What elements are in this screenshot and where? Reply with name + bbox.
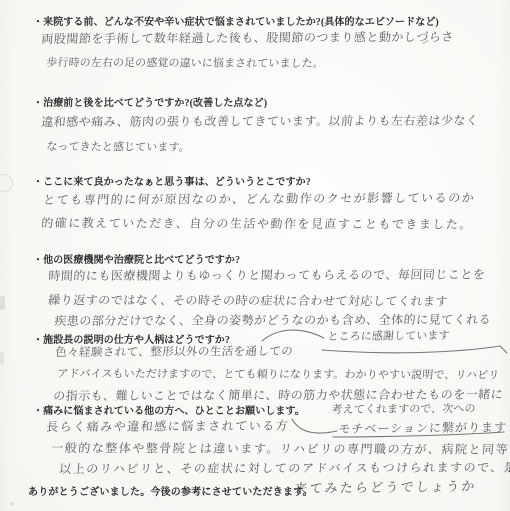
answer-2-line-1: 違和感や痛み、筋肉の張りも改善してきています。以前よりも左右差は少なく (41, 111, 480, 130)
answer-3-line-2: 的確に教えていただき、自分の生活や動作を見直すこともできました。 (41, 214, 474, 233)
answer-2-line-2: なってきたと感じています。 (46, 138, 191, 155)
answer-6-line-2: 一般的な整体や整骨院とは違います。リハビリの専門職の方が、病院と同等 (51, 439, 510, 458)
answer-5-line-2: アドバイスもいただけますので、とても頼りになります。わかりやすい説明で、リハビリ (57, 365, 500, 383)
answer-1-line-1: 両股関節を手術して数年経過した後も、股関節のつまり感と動かしづらさ (41, 28, 455, 47)
question-label-3: ・ここに来て良かったなぁと思う事は、どういうとこですか? (33, 173, 311, 188)
question-label-4: ・他の医療機関や治療院と比べてどうですか? (33, 251, 240, 266)
scan-smudge (0, 296, 5, 310)
scan-smudge (0, 174, 13, 192)
answer-5-line-1: 色々経験されて、整形以外の生活を通しての (55, 343, 294, 360)
scanned-questionnaire: ・来院する前、どんな不安や辛い症状で悩まされていましたか?(具体的なエピソードな… (0, 0, 510, 511)
question-label-2: ・治療前と後を比べてどうですか?(改善した点など) (33, 94, 267, 109)
question-label-6: ・痛みに悩まされている他の方へ、ひとことお願いします。 (33, 402, 305, 417)
answer-6-line-3: 以上のリハビリと、その症状に対してのアドバイスもつけられますので、是非一度 (59, 458, 510, 477)
answer-4-line-2: 繰り返すのではなく、その時その時の症状に合わせて対応してくれます (47, 291, 448, 309)
answer-6-margin-note: 来てみたらどうでしょうか (294, 475, 478, 497)
answer-6-line-1: 長らく痛みや違和感に悩まされている方 (46, 417, 290, 435)
answer-5-margin-note-1: 考えてくれますので、次への (331, 400, 476, 417)
margin-note-underline-1 (322, 346, 507, 353)
question-label-1: ・来院する前、どんな不安や辛い症状で悩まされていましたか?(具体的なエピソードな… (33, 13, 439, 28)
scan-smudge (10, 502, 14, 506)
connector-swoosh-1 (262, 330, 324, 341)
answer-4-line-1: 時間的にも医療機関よりもゆっくりと関わってもらえるので、毎回同じことを (48, 265, 486, 284)
thanks-footer: ありがとうございました。今後の参考にさせていただきます。 (28, 483, 313, 498)
answer-4-margin-note: ところに感謝しています (327, 327, 450, 344)
answer-3-line-1: とても専門的に何が原因なのか、どんな動作のクセが影響しているのか (43, 189, 476, 208)
connector-swoosh-2 (292, 419, 337, 433)
scan-smudge (0, 352, 4, 364)
answer-5-margin-note-2: モチベーションに繋がります (338, 418, 508, 437)
answer-1-line-2: 歩行時の左右の足の感覚の違いに悩まされていました。 (46, 54, 325, 71)
